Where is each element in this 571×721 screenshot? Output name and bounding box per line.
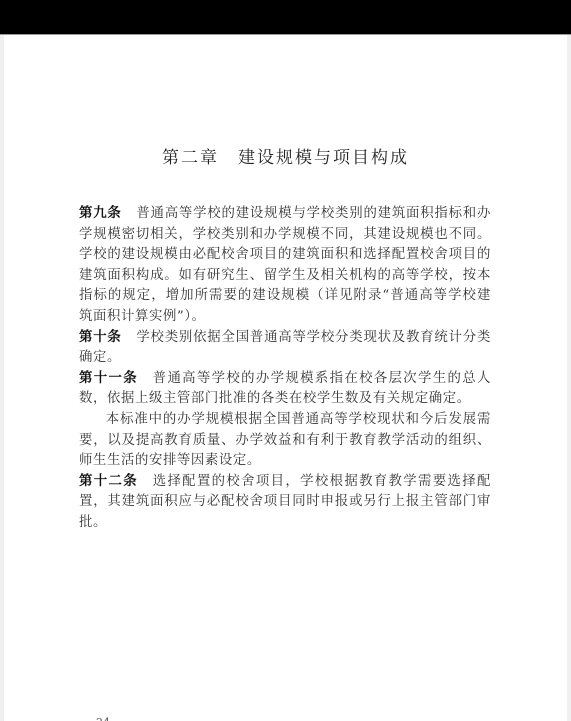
- page-edge-left: [0, 35, 4, 721]
- article-label: 第十条: [79, 330, 122, 345]
- article-text: 选择配置的校舍项目，学校根据教育教学需要选择配置，其建筑面积应与必配校舍项目同时…: [79, 474, 491, 530]
- page-number: · 24 ·: [89, 716, 117, 721]
- article-label: 第十一条: [79, 371, 138, 386]
- article-label: 第九条: [79, 206, 122, 221]
- page-edge-right: [567, 35, 571, 721]
- article-9: 第九条普通高等学校的建设规模与学校类别的建筑面积指标和办学规模密切相关，学校类别…: [79, 204, 491, 328]
- article-11-paragraph-2: 本标准中的办学规模根据全国普通高等学校现状和今后发展需要，以及提高教育质量、办学…: [79, 410, 491, 472]
- body-text: 第九条普通高等学校的建设规模与学校类别的建筑面积指标和办学规模密切相关，学校类别…: [79, 204, 491, 534]
- article-text: 普通高等学校的建设规模与学校类别的建筑面积指标和办学规模密切相关，学校类别和办学…: [79, 206, 491, 324]
- article-text: 普通高等学校的办学规模系指在校各层次学生的总人数，依据上级主管部门批准的各类在校…: [79, 371, 491, 407]
- article-text: 本标准中的办学规模根据全国普通高等学校现状和今后发展需要，以及提高教育质量、办学…: [79, 412, 491, 468]
- document-page: 第二章 建设规模与项目构成 第九条普通高等学校的建设规模与学校类别的建筑面积指标…: [0, 34, 571, 721]
- chapter-title: 第二章 建设规模与项目构成: [0, 143, 571, 168]
- article-10: 第十条学校类别依据全国普通高等学校分类现状及教育统计分类确定。: [79, 328, 491, 369]
- article-12: 第十二条选择配置的校舍项目，学校根据教育教学需要选择配置，其建筑面积应与必配校舍…: [79, 472, 491, 534]
- article-label: 第十二条: [79, 474, 138, 489]
- article-text: 学校类别依据全国普通高等学校分类现状及教育统计分类确定。: [79, 330, 491, 366]
- top-black-bar: [0, 0, 571, 34]
- article-11: 第十一条普通高等学校的办学规模系指在校各层次学生的总人数，依据上级主管部门批准的…: [79, 369, 491, 410]
